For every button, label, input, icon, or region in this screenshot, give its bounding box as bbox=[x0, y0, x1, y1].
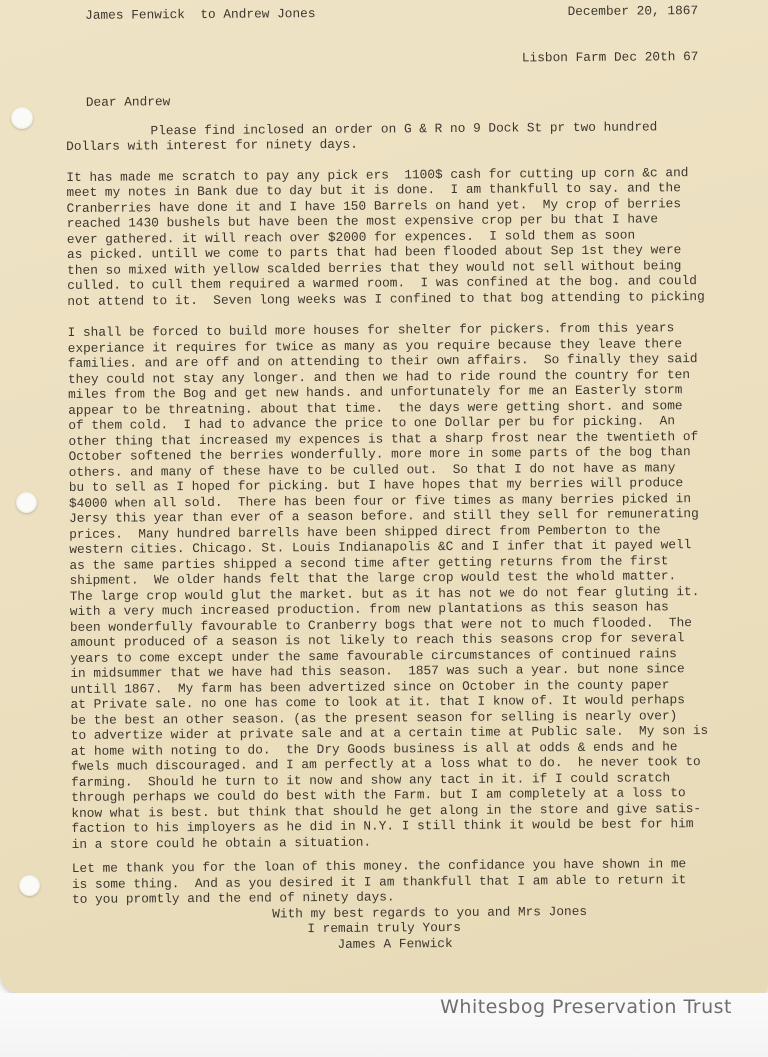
letter-date: December 20, 1867 bbox=[567, 3, 698, 20]
punch-hole-middle bbox=[16, 492, 37, 513]
watermark-text: Whitesbog Preservation Trust bbox=[440, 996, 732, 1018]
paragraph-crop-expenses: It has made me scratch to pay any pick e… bbox=[66, 164, 740, 309]
paragraph-opening: Please find inclosed an order on G & R n… bbox=[66, 118, 739, 154]
dateline: Lisbon Farm Dec 20th 67 bbox=[65, 49, 698, 69]
letter-content: James Fenwick to Andrew Jones December 2… bbox=[65, 0, 745, 954]
letter-page: James Fenwick to Andrew Jones December 2… bbox=[0, 0, 768, 993]
signature: James A Fenwick bbox=[337, 933, 745, 952]
correspondents-line: James Fenwick to Andrew Jones bbox=[85, 6, 316, 23]
punch-hole-bottom bbox=[19, 875, 40, 896]
paragraph-main: I shall be forced to build more houses f… bbox=[68, 320, 745, 852]
punch-hole-top bbox=[11, 107, 33, 129]
salutation: Dear Andrew bbox=[86, 90, 739, 111]
paragraph-thanks: Let me thank you for the loan of this mo… bbox=[72, 856, 745, 908]
letter-header: James Fenwick to Andrew Jones December 2… bbox=[65, 3, 738, 24]
watermark-band: Whitesbog Preservation Trust bbox=[0, 993, 768, 1057]
